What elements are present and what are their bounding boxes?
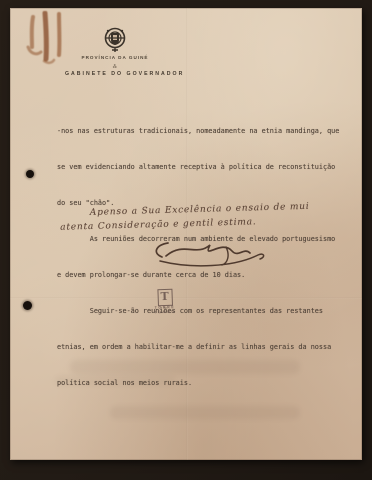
body-line: etnias, em ordem a habilitar-me a defini… <box>57 341 353 353</box>
stamp-letter: T <box>157 289 173 307</box>
scanned-letter-background: { "document": { "type": "scanned typewri… <box>0 0 372 480</box>
letterhead-office: GABINETE DO GOVERNADOR <box>65 71 165 77</box>
punch-hole <box>26 170 34 178</box>
body-line: se vem evidenciando altamente receptiva … <box>57 161 353 173</box>
body-line: Seguir-se-ão reuniões com os representan… <box>57 305 353 317</box>
letter-page: PROVÍNCIA DA GUINÉ ⁂ GABINETE DO GOVERNA… <box>10 8 362 460</box>
punch-hole <box>23 301 32 310</box>
signature-flourish-icon <box>138 231 274 275</box>
stamp-text-line: TOMBO <box>143 309 187 315</box>
letterhead-ornament: ⁂ <box>65 64 165 69</box>
archive-stamp: T TORRE TOMBO <box>142 288 187 324</box>
portuguese-coat-of-arms-icon <box>103 27 127 54</box>
body-line: -nos nas estruturas tradicionais, nomead… <box>57 125 353 137</box>
body-line: política social nos meios rurais. <box>57 377 353 389</box>
letterhead-province: PROVÍNCIA DA GUINÉ <box>65 55 165 60</box>
